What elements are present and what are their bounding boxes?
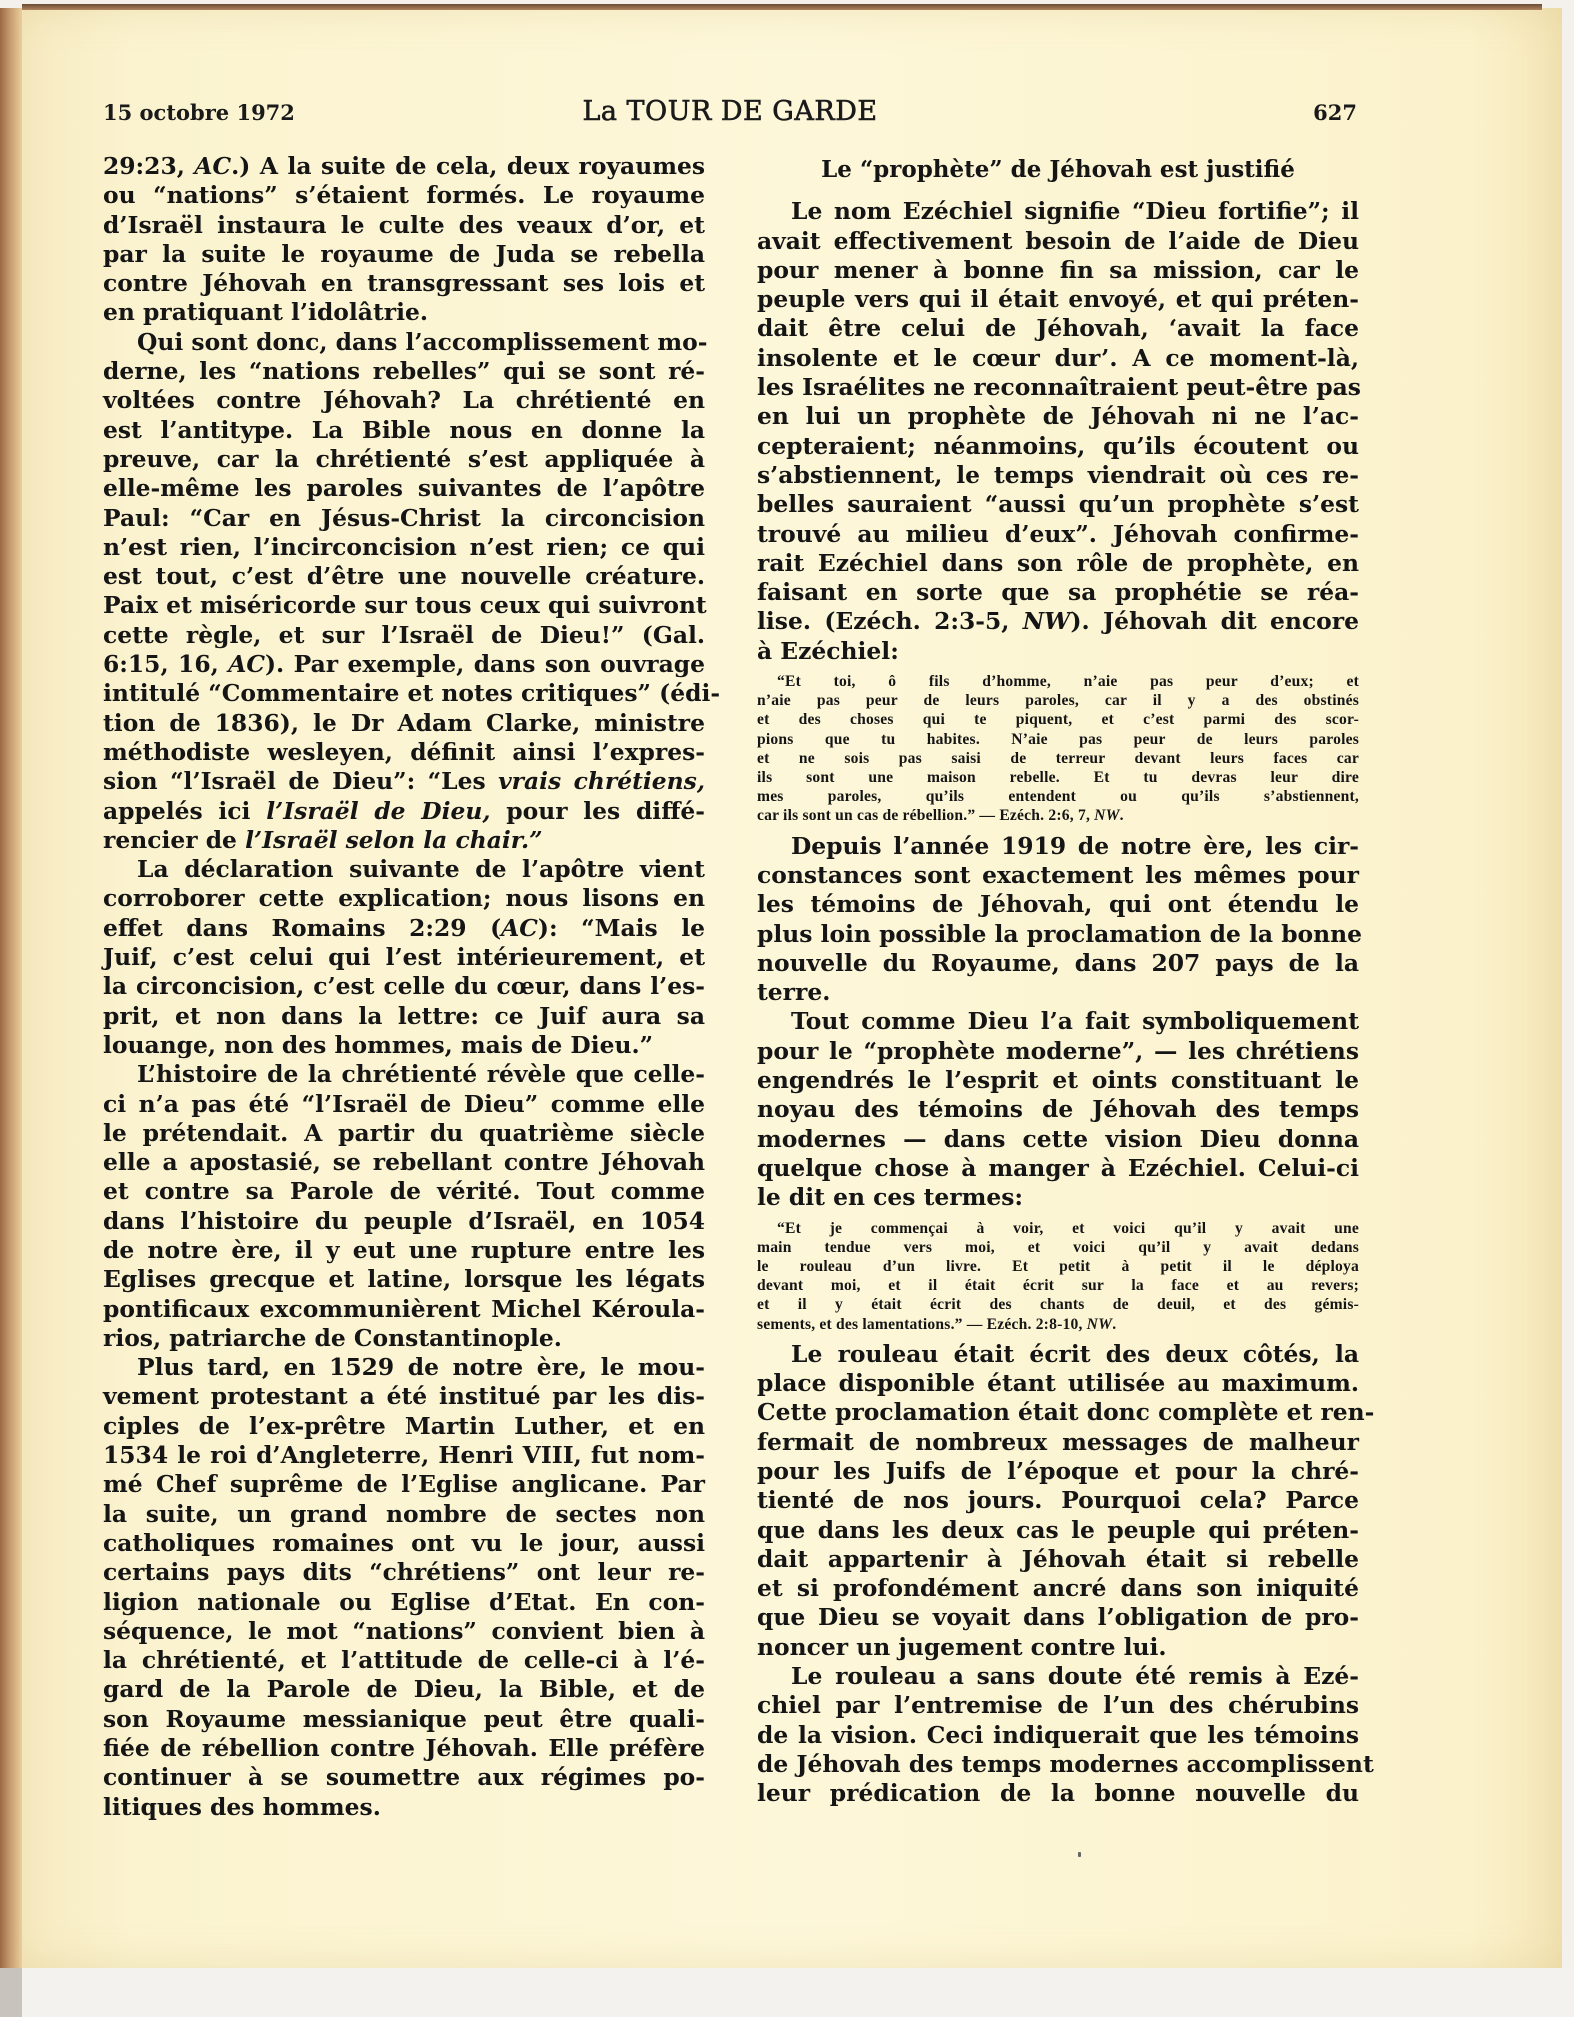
text-line: preuve, car la chrétienté s’est appliqué…: [103, 445, 705, 474]
text-line: le prétendait. A partir du quatrième siè…: [103, 1119, 705, 1148]
text-line: d’Israël instaura le culte des veaux d’o…: [103, 211, 705, 240]
paragraph: Le nom Ezéchiel signifie “Dieu fortifie”…: [757, 197, 1359, 666]
text-line: la chrétienté, et l’attitude de celle-ci…: [103, 1646, 705, 1675]
text-line: ils sont une maison rebelle. Et tu devra…: [757, 768, 1359, 787]
text-line: en pratiquant l’idolâtrie.: [103, 298, 705, 327]
text-line: car ils sont un cas de rébellion.” — Ezé…: [757, 806, 1359, 825]
text-line: Le nom Ezéchiel signifie “Dieu fortifie”…: [757, 197, 1359, 226]
text-line: le dit en ces termes:: [757, 1183, 1359, 1212]
text-line: de notre ère, il y eut une rupture entre…: [103, 1236, 705, 1265]
text-line: Tout comme Dieu l’a fait symboliquement: [757, 1007, 1359, 1036]
paragraph: Le rouleau a sans doute été remis à Ezé-…: [757, 1662, 1359, 1808]
text-line: Plus tard, en 1529 de notre ère, le mou-: [103, 1353, 705, 1382]
text-line: Eglises grecque et latine, lorsque les l…: [103, 1265, 705, 1294]
text-line: ci n’a pas été “l’Israël de Dieu” comme …: [103, 1090, 705, 1119]
paragraph: Tout comme Dieu l’a fait symboliquementp…: [757, 1007, 1359, 1212]
text-line: insolente et le cœur dur’. A ce moment-l…: [757, 344, 1359, 373]
text-line: dait appartenir à Jéhovah était si rebel…: [757, 1545, 1359, 1574]
text-line: que dans les deux cas le peuple qui prét…: [757, 1516, 1359, 1545]
text-line: litiques des hommes.: [103, 1793, 705, 1822]
text-line: Juif, c’est celui qui l’est intérieureme…: [103, 943, 705, 972]
text-line: mé Chef suprême de l’Eglise anglicane. P…: [103, 1470, 705, 1499]
text-line: vement protestant a été institué par les…: [103, 1382, 705, 1411]
text-line: n’aie pas peur de leurs paroles, car il …: [757, 691, 1359, 710]
text-line: rios, patriarche de Constantinople.: [103, 1324, 705, 1353]
text-line: par la suite le royaume de Juda se rebel…: [103, 240, 705, 269]
header-title: La TOUR DE GARDE: [103, 96, 1357, 127]
text-line: louange, non des hommes, mais de Dieu.”: [103, 1031, 705, 1060]
text-line: elle-même les paroles suivantes de l’apô…: [103, 474, 705, 503]
text-line: leur prédication de la bonne nouvelle du: [757, 1779, 1359, 1808]
text-line: catholiques romaines ont vu le jour, aus…: [103, 1529, 705, 1558]
text-line: 6:15, 16, AC). Par exemple, dans son ouv…: [103, 650, 705, 679]
text-line: continuer à se soumettre aux régimes po-: [103, 1763, 705, 1792]
text-line: pour mener à bonne fin sa mission, car l…: [757, 256, 1359, 285]
text-line: Paix et miséricorde sur tous ceux qui su…: [103, 591, 705, 620]
text-line: elle a apostasié, se rebellant contre Jé…: [103, 1148, 705, 1177]
text-line: devant moi, et il était écrit sur la fac…: [757, 1276, 1359, 1295]
paragraph: Le rouleau était écrit des deux côtés, l…: [757, 1340, 1359, 1662]
text-line: méthodiste wesleyen, définit ainsi l’exp…: [103, 738, 705, 767]
text-line: et si profondément ancré dans son iniqui…: [757, 1574, 1359, 1603]
scanner-edge: [0, 1968, 22, 2017]
text-line: ciples de l’ex-prêtre Martin Luther, et …: [103, 1412, 705, 1441]
text-line: son Royaume messianique peut être quali-: [103, 1705, 705, 1734]
text-line: nouvelle du Royaume, dans 207 pays de la: [757, 949, 1359, 978]
text-line: que Dieu se voyait dans l’obligation de …: [757, 1603, 1359, 1632]
text-line: Paul: “Car en Jésus-Christ la circoncisi…: [103, 504, 705, 533]
text-line: et ne sois pas saisi de terreur devant l…: [757, 749, 1359, 768]
text-line: de la vision. Ceci indiquerait que les t…: [757, 1721, 1359, 1750]
text-line: ou “nations” s’étaient formés. Le royaum…: [103, 181, 705, 210]
text-line: ligion nationale ou Eglise d’Etat. En co…: [103, 1588, 705, 1617]
text-line: les témoins de Jéhovah, qui ont étendu l…: [757, 890, 1359, 919]
right-column: Le “prophète” de Jéhovah est justifié Le…: [757, 152, 1359, 1809]
paper-speck: [1078, 1852, 1081, 1857]
text-line: pontificaux excommunièrent Michel Kéroul…: [103, 1295, 705, 1324]
text-line: trouvé au milieu d’eux”. Jéhovah confirm…: [757, 520, 1359, 549]
text-line: en lui un prophète de Jéhovah ni ne l’ac…: [757, 402, 1359, 431]
text-line: fermait de nombreux messages de malheur: [757, 1428, 1359, 1457]
text-line: voltées contre Jéhovah? La chrétienté en: [103, 386, 705, 415]
text-line: L’histoire de la chrétienté révèle que c…: [103, 1060, 705, 1089]
text-line: sements, et des lamentations.” — Ezéch. …: [757, 1315, 1359, 1334]
text-line: modernes — dans cette vision Dieu donna: [757, 1125, 1359, 1154]
text-line: dans l’histoire du peuple d’Israël, en 1…: [103, 1207, 705, 1236]
text-line: le rouleau d’un livre. Et petit à petit …: [757, 1257, 1359, 1276]
text-line: pour le “prophète moderne”, — les chréti…: [757, 1037, 1359, 1066]
text-line: appelés ici l’Israël de Dieu, pour les d…: [103, 797, 705, 826]
text-line: effet dans Romains 2:29 (AC): “Mais le: [103, 914, 705, 943]
text-line: contre Jéhovah en transgressant ses lois…: [103, 269, 705, 298]
text-line: lise. (Ezéch. 2:3-5, NW). Jéhovah dit en…: [757, 607, 1359, 636]
text-line: à Ezéchiel:: [757, 637, 1359, 666]
text-line: “Et toi, ô fils d’homme, n’aie pas peur …: [757, 672, 1359, 691]
text-line: n’est rien, l’incirconcision n’est rien;…: [103, 533, 705, 562]
text-line: peuple vers qui il était envoyé, et qui …: [757, 285, 1359, 314]
text-line: pour les Juifs de l’époque et pour la ch…: [757, 1457, 1359, 1486]
text-line: certains pays dits “chrétiens” ont leur …: [103, 1558, 705, 1587]
scanner-background: [0, 1968, 1574, 2017]
left-column: 29:23, AC.) A la suite de cela, deux roy…: [103, 152, 705, 1822]
text-line: cepteraient; néanmoins, qu’ils écoutent …: [757, 432, 1359, 461]
page-number: 627: [1313, 100, 1357, 125]
text-line: gard de la Parole de Dieu, la Bible, et …: [103, 1675, 705, 1704]
text-line: plus loin possible la proclamation de la…: [757, 920, 1359, 949]
text-line: sion “l’Israël de Dieu”: “Les vrais chré…: [103, 767, 705, 796]
text-line: tion de 1836), le Dr Adam Clarke, minist…: [103, 709, 705, 738]
text-line: chiel par l’entremise de l’un des chérub…: [757, 1691, 1359, 1720]
text-line: constances sont exactement les mêmes pou…: [757, 861, 1359, 890]
text-line: tienté de nos jours. Pourquoi cela? Parc…: [757, 1486, 1359, 1515]
text-line: séquence, le mot “nations” convient bien…: [103, 1617, 705, 1646]
text-line: rencier de l’Israël selon la chair.”: [103, 826, 705, 855]
text-line: belles sauraient “aussi qu’un prophète s…: [757, 490, 1359, 519]
text-line: rait Ezéchiel dans son rôle de prophète,…: [757, 549, 1359, 578]
text-line: noyau des témoins de Jéhovah des temps: [757, 1095, 1359, 1124]
text-line: et des choses qui te piquent, et c’est p…: [757, 710, 1359, 729]
text-line: mes paroles, qu’ils entendent ou qu’ils …: [757, 787, 1359, 806]
text-line: Depuis l’année 1919 de notre ère, les ci…: [757, 832, 1359, 861]
text-line: noncer un jugement contre lui.: [757, 1633, 1359, 1662]
text-line: 1534 le roi d’Angleterre, Henri VIII, fu…: [103, 1441, 705, 1470]
text-line: de Jéhovah des temps modernes accompliss…: [757, 1750, 1359, 1779]
book-spine-edge: [0, 8, 22, 1968]
text-line: cette règle, et sur l’Israël de Dieu!” (…: [103, 621, 705, 650]
text-line: prit, et non dans la lettre: ce Juif aur…: [103, 1002, 705, 1031]
running-header: 15 octobre 1972 La TOUR DE GARDE 627: [103, 96, 1357, 132]
page-top-edge: [22, 4, 1542, 10]
scripture-quote: “Et je commençai à voir, et voici qu’il …: [757, 1219, 1359, 1334]
text-line: corroborer cette explication; nous lison…: [103, 884, 705, 913]
text-line: et contre sa Parole de vérité. Tout comm…: [103, 1177, 705, 1206]
scripture-quote: “Et toi, ô fils d’homme, n’aie pas peur …: [757, 672, 1359, 826]
text-line: les Israélites ne reconnaîtraient peut-ê…: [757, 373, 1359, 402]
text-line: main tendue vers moi, et voici qu’il y a…: [757, 1238, 1359, 1257]
text-line: fiée de rébellion contre Jéhovah. Elle p…: [103, 1734, 705, 1763]
text-line: Le rouleau a sans doute été remis à Ezé-: [757, 1662, 1359, 1691]
text-line: 29:23, AC.) A la suite de cela, deux roy…: [103, 152, 705, 181]
text-line: La déclaration suivante de l’apôtre vien…: [103, 855, 705, 884]
text-line: Le rouleau était écrit des deux côtés, l…: [757, 1340, 1359, 1369]
paragraph: Depuis l’année 1919 de notre ère, les ci…: [757, 832, 1359, 1008]
text-line: engendrés le l’esprit et oints constitua…: [757, 1066, 1359, 1095]
text-line: et il y était écrit des chants de deuil,…: [757, 1295, 1359, 1314]
text-line: “Et je commençai à voir, et voici qu’il …: [757, 1219, 1359, 1238]
text-line: place disponible étant utilisée au maxim…: [757, 1369, 1359, 1398]
text-line: pions que tu habites. N’aie pas peur de …: [757, 730, 1359, 749]
text-line: derne, les “nations rebelles” qui se son…: [103, 357, 705, 386]
text-line: s’abstiennent, le temps viendrait où ces…: [757, 461, 1359, 490]
text-line: Qui sont donc, dans l’accomplissement mo…: [103, 328, 705, 357]
text-line: la circoncision, c’est celle du cœur, da…: [103, 972, 705, 1001]
text-line: Cette proclamation était donc complète e…: [757, 1398, 1359, 1427]
text-line: intitulé “Commentaire et notes critiques…: [103, 679, 705, 708]
text-line: avait effectivement besoin de l’aide de …: [757, 227, 1359, 256]
text-line: quelque chose à manger à Ezéchiel. Celui…: [757, 1154, 1359, 1183]
text-line: la suite, un grand nombre de sectes non: [103, 1500, 705, 1529]
text-line: est tout, c’est d’être une nouvelle créa…: [103, 562, 705, 591]
text-line: faisant en sorte que sa prophétie se réa…: [757, 578, 1359, 607]
text-line: dait être celui de Jéhovah, ‘avait la fa…: [757, 314, 1359, 343]
text-line: est l’antitype. La Bible nous en donne l…: [103, 416, 705, 445]
section-subheading: Le “prophète” de Jéhovah est justifié: [757, 155, 1359, 184]
text-line: terre.: [757, 978, 1359, 1007]
